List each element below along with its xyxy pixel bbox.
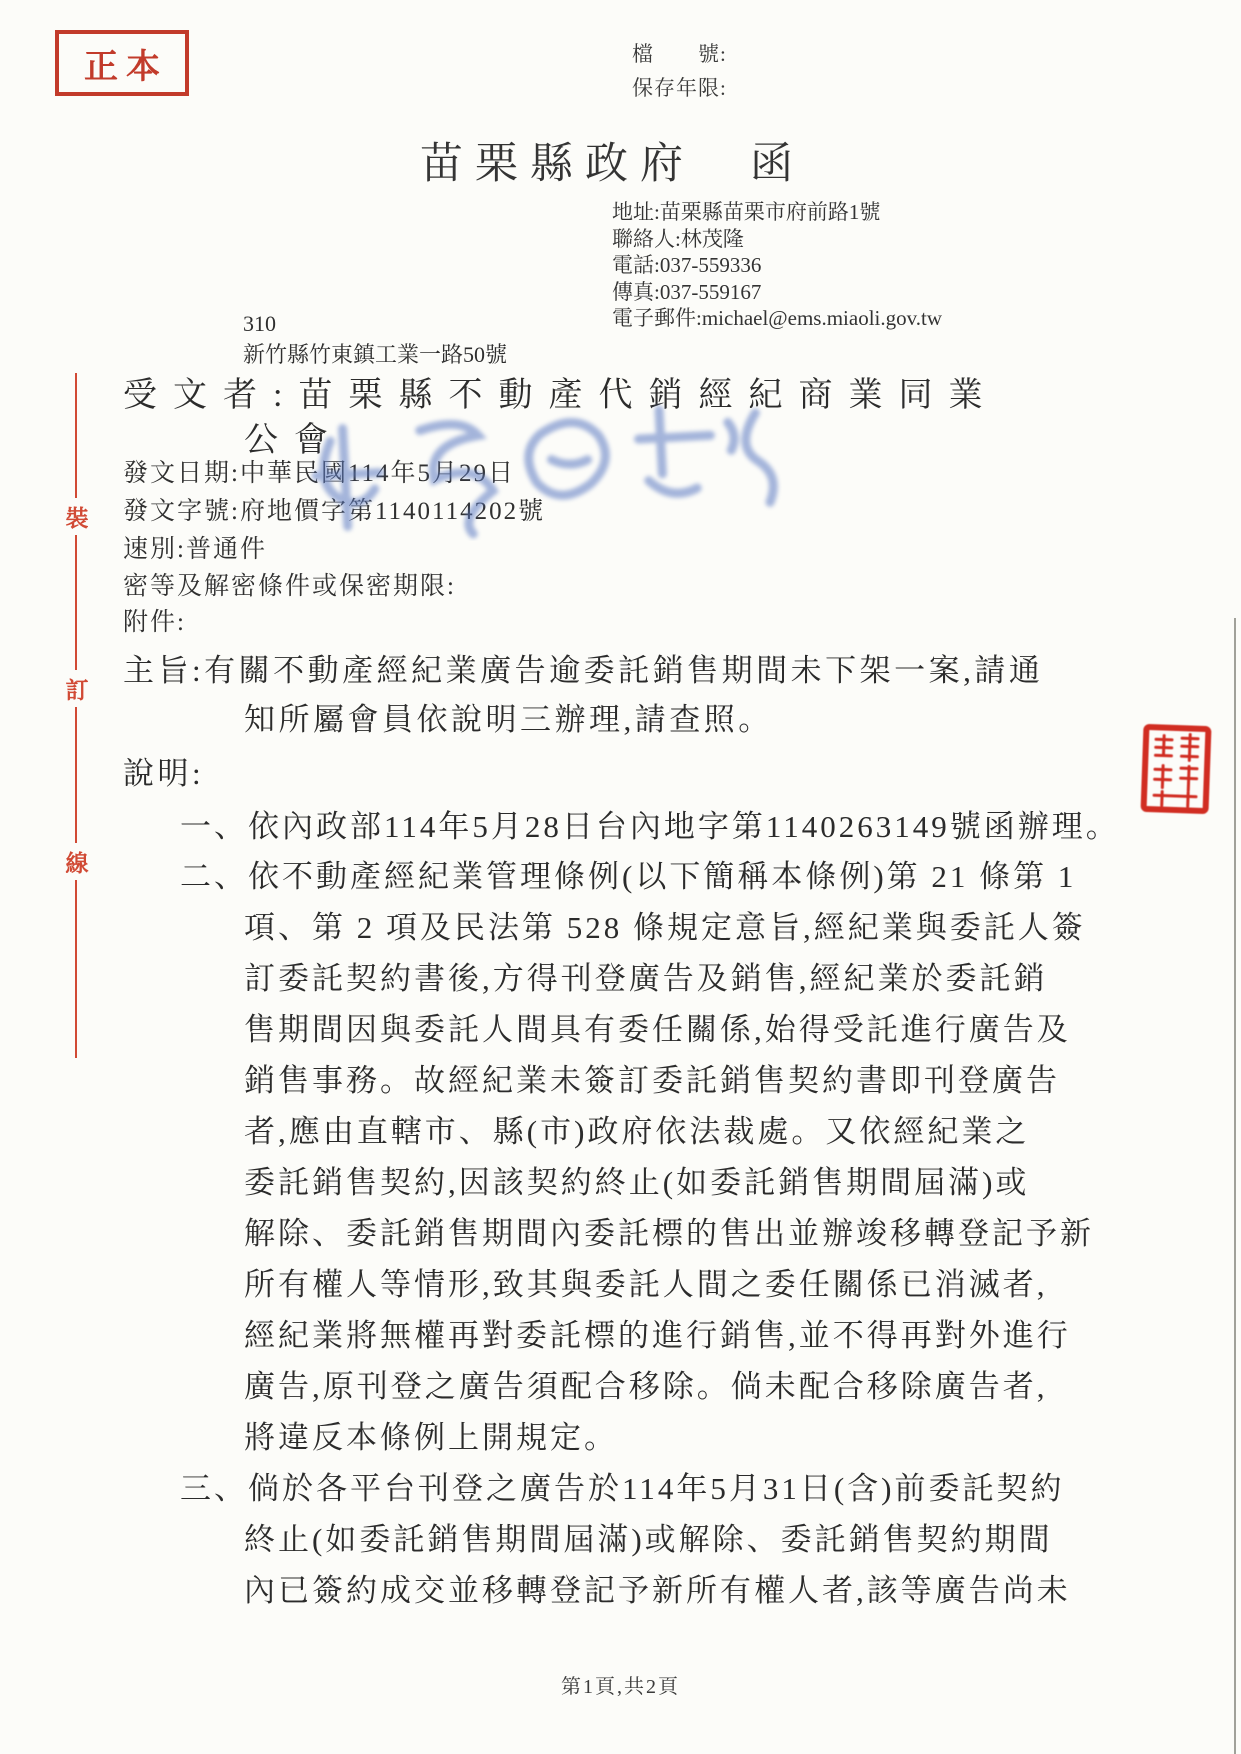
item-3-line-2: 內已簽約成交並移轉登記予新所有權人者,該等廣告尚未 [244,1565,1071,1610]
item-1-lead: 一、依內政部114年5月28日台內地字第1140263149號函辦理。 [180,801,1120,846]
document-title: 苗栗縣政府 函 [420,130,805,191]
agency-email: 電子郵件:michael@ems.miaoli.gov.tw [612,305,942,332]
agency-fax: 傳真:037-559167 [612,279,942,306]
subject-line-1: 主旨:有關不動產經紀業廣告逾委託銷售期間未下架一案,請通 [123,645,1043,690]
item-2-line-3: 售期間因與委託人間具有委任關係,始得受託進行廣告及 [244,1004,1071,1049]
file-number-label: 檔 號: [632,38,727,68]
field-security: 密等及解密條件或保密期限: [123,566,456,602]
item-2-line-6: 委託銷售契約,因該契約終止(如委託銷售期間屆滿)或 [244,1157,1029,1202]
agency-address: 地址:苗栗縣苗栗市府前路1號 [612,199,942,226]
official-letter-page: 正本 檔 號: 保存年限: 苗栗縣政府 函 地址:苗栗縣苗栗市府前路1號 聯絡人… [0,0,1241,1754]
red-seal-stamp [1138,722,1213,816]
item-2-line-5: 者,應由直轄市、縣(市)政府依法裁處。又依經紀業之 [244,1106,1029,1151]
explanation-label: 說明: [123,748,204,793]
item-3-line-1: 終止(如委託銷售期間屆滿)或解除、委託銷售契約期間 [244,1514,1053,1559]
field-speed: 速別:普通件 [123,529,267,565]
binding-char-zhuang: 裝 [64,498,90,535]
binding-char-ding: 訂 [64,670,90,707]
field-attachment: 附件: [123,602,186,638]
item-2-line-10: 廣告,原刊登之廣告須配合移除。倘未配合移除廣告者, [244,1361,1048,1406]
item-2-line-1: 項、第 2 項及民法第 528 條規定意旨,經紀業與委託人簽 [244,902,1086,947]
agency-phone: 電話:037-559336 [612,252,942,279]
agency-contact-person: 聯絡人:林茂隆 [612,226,942,253]
item-3-lead: 三、倘於各平台刊登之廣告於114年5月31日(含)前委託契約 [180,1463,1065,1508]
binding-char-xian: 線 [64,843,90,880]
blue-ink-stamp [287,389,803,551]
agency-contact-block: 地址:苗栗縣苗栗市府前路1號 聯絡人:林茂隆 電話:037-559336 傳真:… [612,199,942,332]
item-2-line-9: 經紀業將無權再對委託標的進行銷售,並不得再對外進行 [244,1310,1071,1355]
copy-type-label: 正本 [84,39,168,88]
recipient-zip: 310 [243,311,276,337]
item-2-line-2: 訂委託契約書後,方得刊登廣告及銷售,經紀業於委託銷 [244,953,1048,998]
item-2-lead: 二、依不動產經紀業管理條例(以下簡稱本條例)第 21 條第 1 [180,851,1076,896]
subject-line-2: 知所屬會員依說明三辦理,請查照。 [244,694,773,739]
copy-type-stamp: 正本 [55,30,189,96]
page-edge-scan-line [1234,618,1236,1754]
retention-period-label: 保存年限: [632,72,727,102]
item-2-line-8: 所有權人等情形,致其與委託人間之委任關係已消滅者, [244,1259,1048,1304]
binding-line [75,373,77,1058]
item-2-line-7: 解除、委託銷售期間內委託標的售出並辦竣移轉登記予新 [244,1208,1094,1253]
item-2-line-11: 將違反本條例上開規定。 [244,1412,618,1457]
recipient-street: 新竹縣竹東鎮工業一路50號 [243,338,507,369]
page-number: 第1頁,共2頁 [0,1670,1241,1699]
item-2-line-4: 銷售事務。故經紀業未簽訂委託銷售契約書即刊登廣告 [244,1055,1060,1100]
